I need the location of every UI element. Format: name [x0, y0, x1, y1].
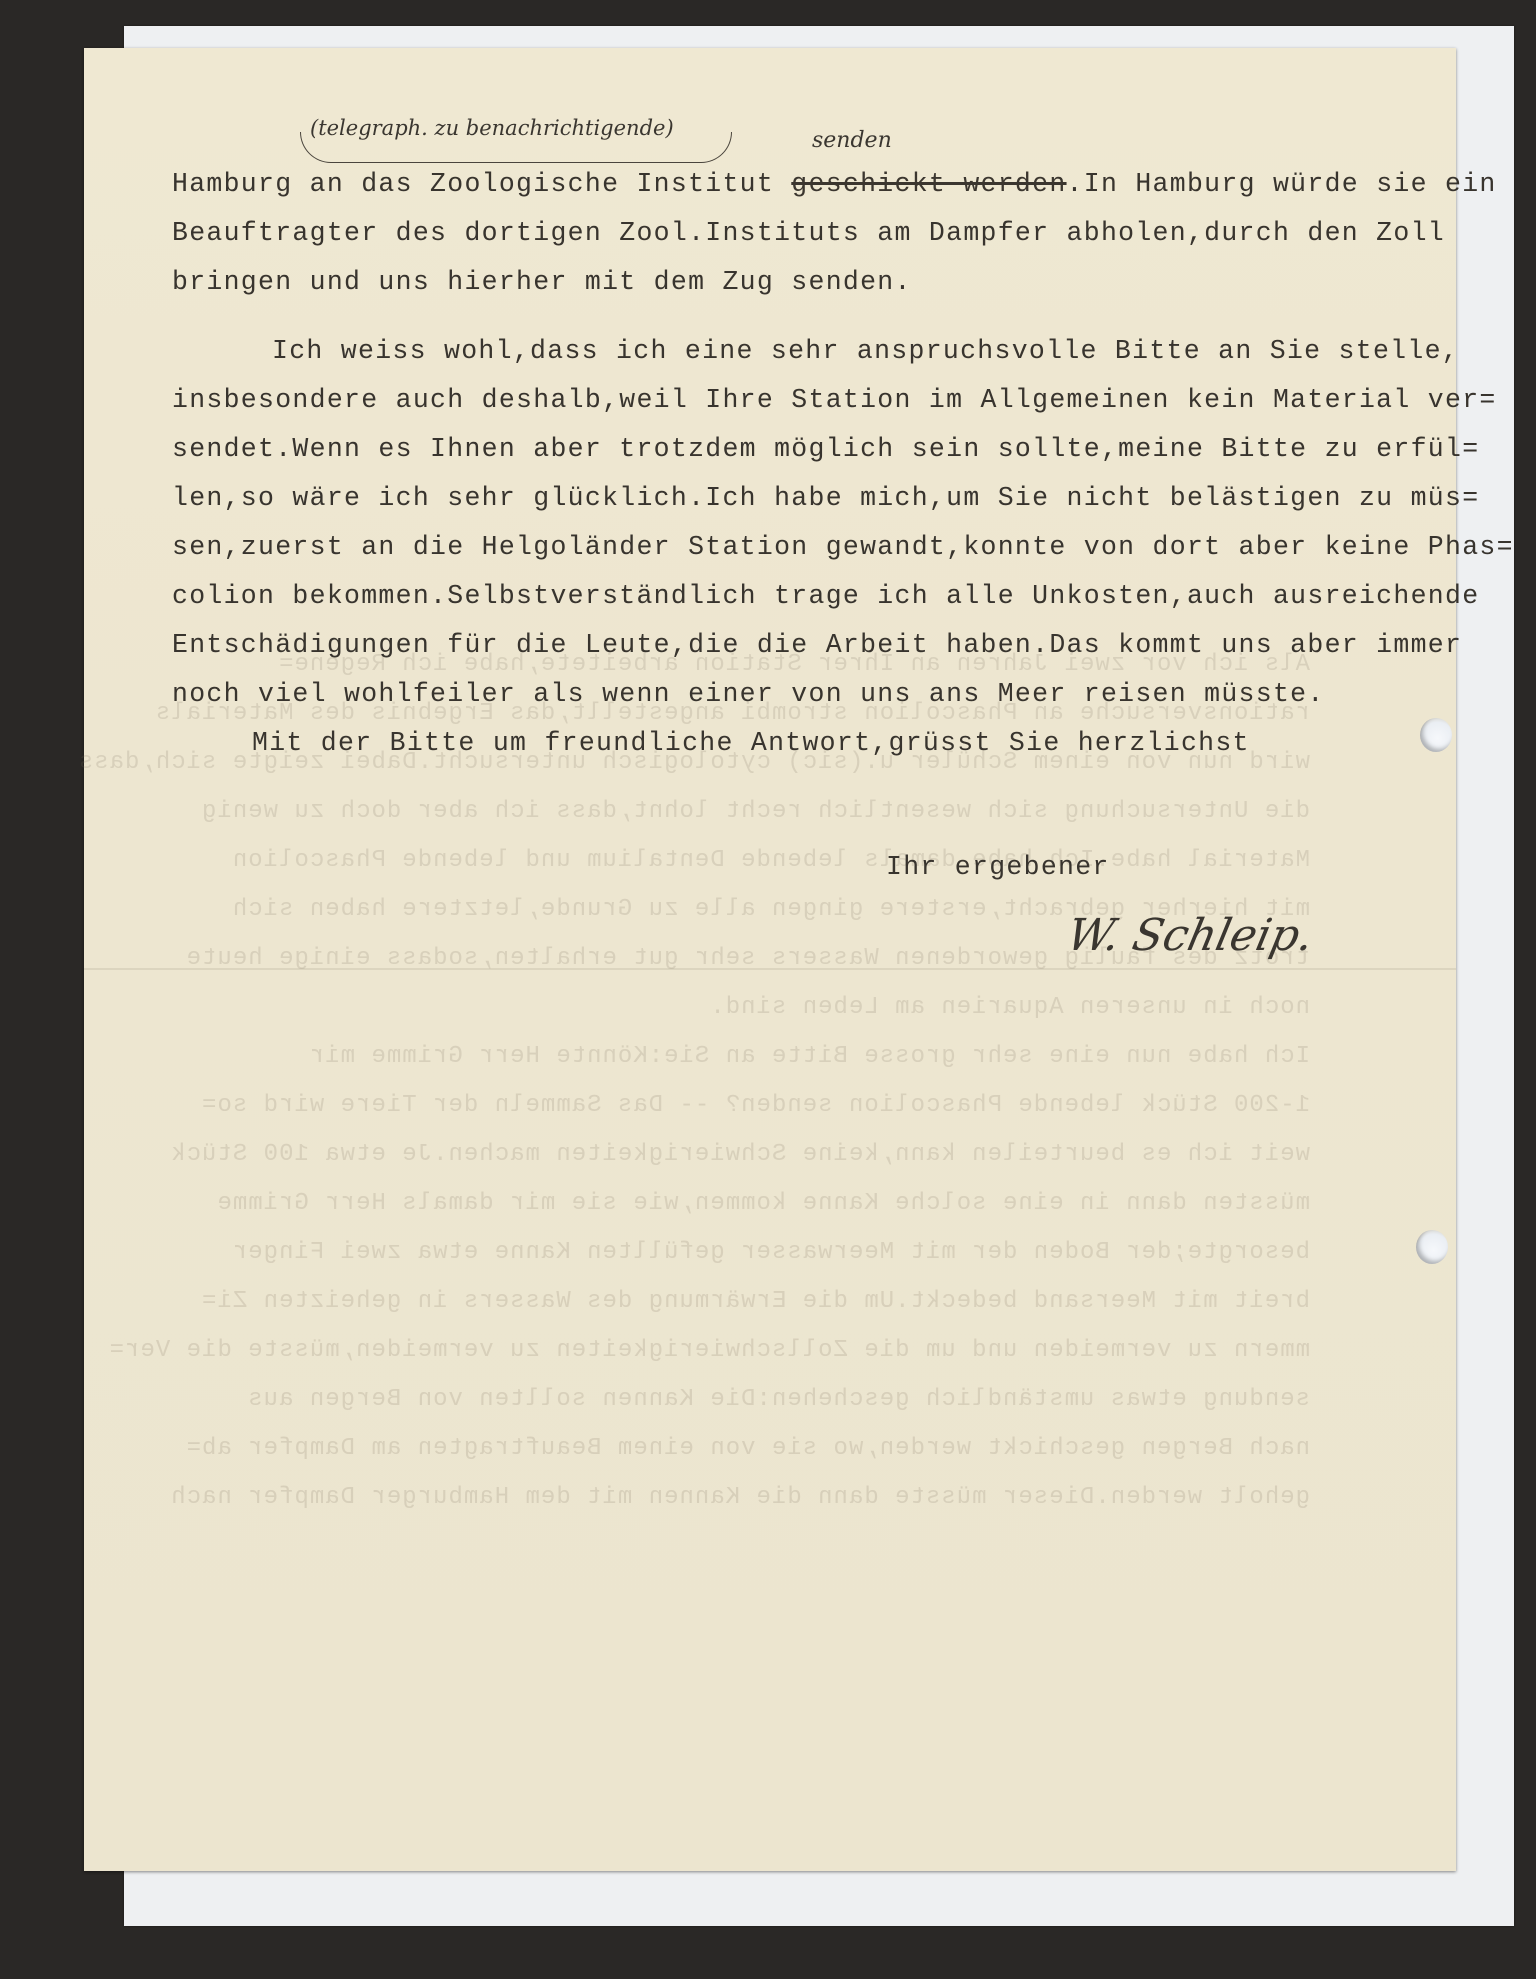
text-line-2: Beauftragter des dortigen Zool.Instituts… — [172, 209, 1472, 258]
text-line-12: Mit der Bitte um freundliche Antwort,grü… — [172, 719, 1472, 768]
text-line-3: bringen und uns hierher mit dem Zug send… — [172, 258, 1472, 307]
punch-hole-bottom — [1416, 1230, 1448, 1264]
text-line-5: insbesondere auch deshalb,weil Ihre Stat… — [172, 376, 1472, 425]
text-line-1: Hamburg an das Zoologische Institut gesc… — [172, 160, 1472, 209]
letter-body: Hamburg an das Zoologische Institut gesc… — [172, 160, 1472, 768]
text-line-9: colion bekommen.Selbstverständlich trage… — [172, 572, 1472, 621]
text-line-8: sen,zuerst an die Helgoländer Station ge… — [172, 523, 1472, 572]
text-line-6: sendet.Wenn es Ihnen aber trotzdem mögli… — [172, 425, 1472, 474]
annotation-brace — [300, 132, 732, 163]
struck-text: geschickt werden — [791, 169, 1066, 199]
closing-phrase: Ihr ergebener — [886, 852, 1110, 882]
text-line-10: Entschädigungen für die Leute,die die Ar… — [172, 621, 1472, 670]
text-line-11: noch viel wohlfeiler als wenn einer von … — [172, 670, 1472, 719]
bleed-through-text: Als ich vor zwei Jahren an Ihrer Station… — [160, 640, 1310, 1522]
text-line-7: len,so wäre ich sehr glücklich.Ich habe … — [172, 474, 1472, 523]
text-line-4: Ich weiss wohl,dass ich eine sehr anspru… — [172, 327, 1472, 376]
signature: W. Schleip. — [1063, 910, 1319, 961]
handwritten-insertion: senden — [812, 128, 892, 153]
